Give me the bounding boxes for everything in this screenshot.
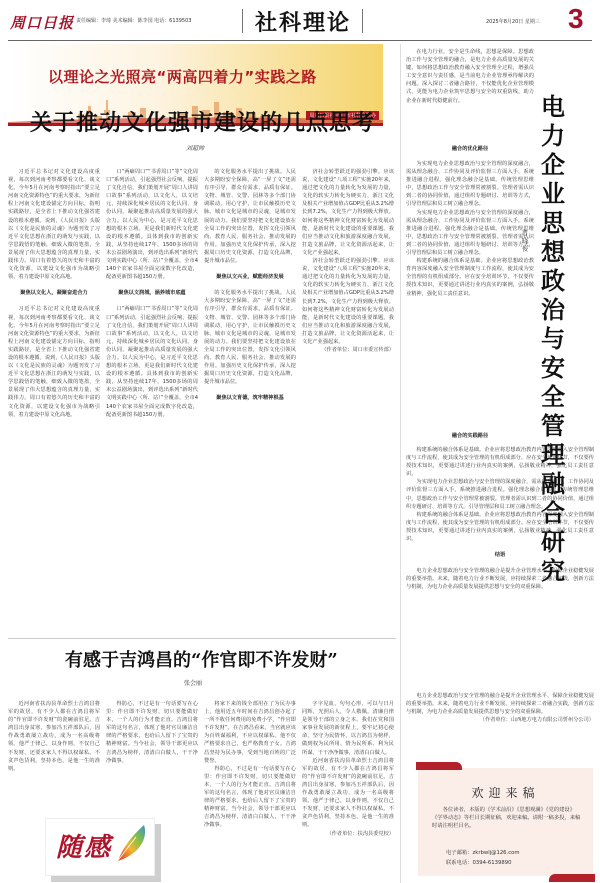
page-number: 3	[568, 3, 584, 35]
column-logo-suigan: 随感	[45, 818, 155, 876]
subheading: 聚焦以文润城，涵养城市底蕴	[106, 289, 198, 297]
article2-subheading-wrap: 融合的实践路径	[406, 432, 534, 444]
divider	[362, 9, 363, 33]
author-affiliation: （作者单位：山西地方电力有限公司忻州分公司）	[406, 716, 594, 724]
call-body: 各位读者，本版的《学术前沿》《思想观澜》《党的建设》《学界动态》等栏目长期征稿，…	[432, 806, 582, 830]
contact-phone: 联系电话：0394-6139890	[446, 858, 511, 866]
article2-subheading-wrap: 融合的优化路径	[406, 145, 534, 155]
column-logo-label: 随感	[56, 827, 112, 864]
divider	[242, 9, 243, 33]
article3-column-1: 近河南省扶沟县革命烈士吉鸿昌将军的故居，有不少人都在吉鸿昌将军的“作官即不许发财…	[8, 700, 100, 810]
article1-column-2: 口“两癖周口”“书香周口”等“文化周口”系列活动，引起强烈社会反响，提振了文化自…	[106, 168, 198, 638]
article-author: 刘超帅	[186, 143, 204, 152]
article-headline: 关于推动文化强市建设的几点思考	[30, 106, 370, 137]
banner-title: 以理论之光照亮“两高四着力”实践之路	[48, 66, 317, 87]
paragraph: 构建系统的融合体系是基础。企业应将思想政治教育内容深度融入安全管理制度与工作流程…	[406, 257, 534, 297]
paragraph: 习近平总书记对文化建设高度重视，每次到河南考察都要看文化、谈文化。今年5月在河南…	[8, 168, 100, 281]
section-title: 社科理论	[255, 6, 351, 37]
paragraph: 济社会转型跃迁的强劲引擎。应该说，文化建设“八项工程”实施20年来，通过把文化的…	[302, 168, 394, 257]
publication-date: 2025年8月20日 星期三	[486, 18, 540, 25]
paragraph: 口“两癖周口”“书香周口”等“文化周口”系列活动，引起强烈社会反响，提振了文化自…	[106, 305, 198, 418]
paragraph: 习近平总书记对文化建设高度重视，每次到河南考察都要看文化、谈文化。今年5月在河南…	[8, 305, 100, 418]
article2-conclusion: 电力企业思想政治与安全管理的融合是提升企业管理水平、保障企业稳健发展的重要举措。…	[406, 692, 594, 732]
paragraph: 将家下来的钱全部用在了为民办事上，他用近五年时间在吉鸿昌创办起了一所不收任何费用…	[204, 700, 296, 765]
paragraph: 近河南省扶沟县革命烈士吉鸿昌将军的故居，有不少人都在吉鸿昌将军的“作官即不许发财…	[8, 700, 100, 773]
article2-author: 曹晓俊	[520, 230, 530, 254]
subheading: 聚焦以文育德，筑牢精神根基	[204, 394, 296, 402]
subheading: 融合的实践路径	[406, 432, 534, 440]
decorative-corner	[416, 762, 462, 770]
author-affiliation: （作者单位：扶沟县委党校）	[302, 830, 394, 838]
contact-email: 电子邮箱：zkrbwlj@126.com	[446, 848, 520, 856]
editors-line: 责任编辑：李琦 美术编辑：陈李国 电话：6139503	[76, 17, 191, 24]
author-affiliation: （作者单位：周口市委宣传部）	[302, 346, 394, 354]
article1-column-3: 的文化服务水平提出了挑战。人民大多期盼安全保障，高“一屏了文”还需有序引导，群众…	[204, 168, 296, 638]
article2-vertical-headline: 电力企业思想政治与安全管理融合研究	[538, 92, 568, 585]
paragraph: 为实现电力企业思想政治与安全管理的深度融合，需从理念融合、工作协同及评价监督三方…	[406, 160, 534, 209]
paragraph: 在电力行业，安全是生命线，思想是保障。思想政治工作与安全管理的融合，是电力企业高…	[406, 48, 534, 105]
article1-column-4: 济社会转型跃迁的强劲引擎。应该说，文化建设“八项工程”实施20年来，通过把文化的…	[302, 168, 394, 638]
paragraph: 口“两癖周口”“书香周口”等“文化周口”系列活动，引起强烈社会反响，提振了文化自…	[106, 168, 198, 281]
article1-column-1: 习近平总书记对文化建设高度重视，每次到河南考察都要看文化、谈文化。今年5月在河南…	[8, 168, 100, 638]
masthead: 周口日报 责任编辑：李琦 美术编辑：陈李国 电话：6139503 社科理论 20…	[0, 0, 600, 42]
subheading: 聚焦以文兴业，赋能经济发展	[204, 273, 296, 281]
article3-column-2: 得防心，不过是有一句话要写在心里：作官即不许发财，切只要能做好本，一个人的行为才…	[106, 700, 198, 810]
section-divider	[8, 638, 396, 639]
paragraph: 的文化服务水平提出了挑战。人民大多期盼安全保障，高“一屏了文”还需有序引导，群众…	[204, 168, 296, 265]
subheading: 融合的优化路径	[406, 145, 534, 153]
paragraph: 得防心，不过是有一句话要写在心里：作官即不许发财，切只要能做好本，一个人的行为才…	[106, 700, 198, 765]
paragraph: 近河南省扶沟县革命烈士吉鸿昌将军的故居，有不少人都在吉鸿昌将军的“作官即不许发财…	[302, 757, 394, 830]
paragraph: 为实现电力企业思想政治与安全管理的深度融合，需从理念融合、工作协同及评价监督三方…	[406, 209, 534, 258]
column-divider	[400, 44, 401, 883]
paragraph: 得防心，不过是有一句话要写在心里：作官即不许发财，切只要能做好本，一个人的行为才…	[204, 765, 296, 830]
article2-column-1: 为实现电力企业思想政治与安全管理的深度融合，需从理念融合、工作协同及评价监督三方…	[406, 160, 534, 430]
article3-column-4: 字字见血，句句心形，可以与日月同辉，光照后人，令人敬佩。清廉自律是领导干部的立身…	[302, 700, 394, 880]
decorative-corner	[549, 874, 595, 882]
subheading: 聚焦以文化人，凝聚奋进合力	[8, 289, 100, 297]
call-title: 欢迎来稿	[418, 784, 593, 801]
paragraph: 的文化服务水平提出了挑战。人民大多期盼安全保障，高“一屏了文”还需有序引导，群众…	[204, 289, 296, 386]
feather-quill-icon	[114, 823, 148, 863]
call-for-papers-box: 欢迎来稿 各位读者，本版的《学术前沿》《思想观澜》《党的建设》《学界动态》等栏目…	[418, 768, 593, 876]
paragraph: 字字见血，句句心形，可以与日月同辉，光照后人，令人敬佩。清廉自律是领导干部的立身…	[302, 700, 394, 757]
article3-headline: 有感于吉鸿昌的“作官即不许发财”	[65, 646, 338, 672]
paragraph: 济社会转型跃迁的强劲引擎。应该说，文化建设“八项工程”实施20年来，通过把文化的…	[302, 257, 394, 346]
article3-column-3: 将家下来的钱全部用在了为民办事上，他用近五年时间在吉鸿昌创办起了一所不收任何费用…	[204, 700, 296, 880]
masthead-rule	[8, 40, 592, 41]
newspaper-logo: 周口日报	[10, 12, 74, 33]
article2-intro: 在电力行业，安全是生命线，思想是保障。思想政治工作与安全管理的融合，是电力企业高…	[406, 48, 534, 143]
article3-author: 张会丽	[184, 678, 202, 687]
paragraph: 电力企业思想政治与安全管理的融合是提升企业管理水平、保障企业稳健发展的重要举措。…	[406, 692, 594, 716]
